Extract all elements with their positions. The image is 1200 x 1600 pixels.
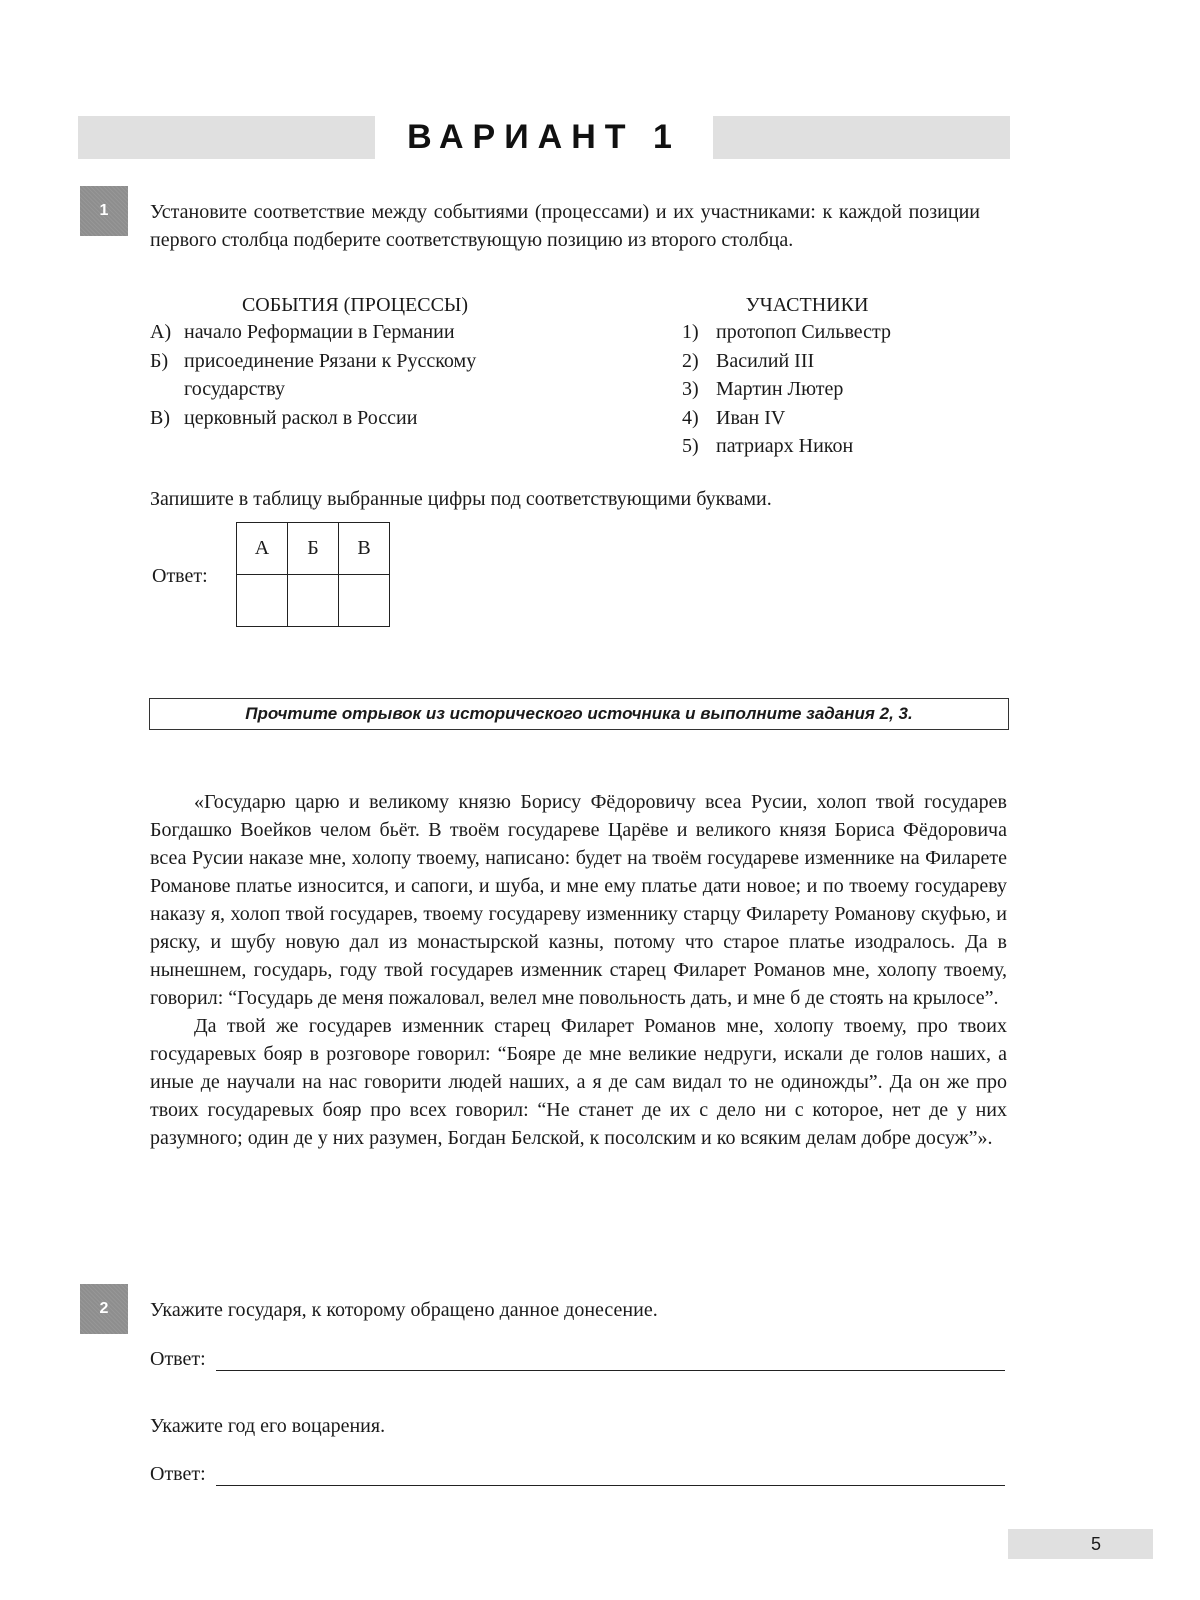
source-notice: Прочтите отрывок из исторического источн… — [149, 698, 1009, 730]
event-item: В)церковный раскол в России — [150, 404, 570, 433]
answer-label: Ответ: — [150, 1348, 206, 1371]
answer-input-1[interactable] — [216, 1348, 1005, 1371]
table-instruction: Запишите в таблицу выбранные цифры под с… — [150, 485, 772, 513]
answer-table-header: В — [339, 523, 390, 575]
page-number: 5 — [1008, 1529, 1153, 1559]
participants-column: УЧАСТНИКИ 1)протопоп Сильвестр 2)Василий… — [682, 294, 982, 461]
event-item: Б)присоединение Рязани к Русскому госуда… — [150, 347, 570, 404]
passage-paragraph: «Государю царю и великому князю Борису Ф… — [150, 788, 1007, 1012]
participant-item: 3)Мартин Лютер — [682, 375, 982, 404]
answer-cell-a[interactable] — [237, 575, 288, 627]
events-column: СОБЫТИЯ (ПРОЦЕССЫ) А)начало Реформации в… — [150, 294, 570, 432]
answer-label: Ответ: — [152, 562, 208, 590]
answer-label: Ответ: — [150, 1463, 206, 1486]
answer-field-1: Ответ: — [150, 1348, 1005, 1371]
participant-item: 2)Василий III — [682, 347, 982, 376]
answer-table: А Б В — [236, 522, 390, 627]
question-1-prompt: Установите соответствие между событиями … — [150, 198, 980, 254]
answer-cell-b[interactable] — [288, 575, 339, 627]
events-heading: СОБЫТИЯ (ПРОЦЕССЫ) — [150, 294, 560, 317]
question-number-badge: 2 — [80, 1284, 128, 1334]
answer-field-2: Ответ: — [150, 1463, 1005, 1486]
participants-list: 1)протопоп Сильвестр 2)Василий III 3)Мар… — [682, 318, 982, 461]
answer-table-header: Б — [288, 523, 339, 575]
question-2-prompt-2: Укажите год его воцарения. — [150, 1412, 385, 1440]
title-band-left — [78, 116, 375, 159]
participants-heading: УЧАСТНИКИ — [682, 294, 932, 317]
participant-item: 1)протопоп Сильвестр — [682, 318, 982, 347]
question-2-prompt-1: Укажите государя, к которому обращено да… — [150, 1296, 658, 1324]
participant-item: 5)патриарх Никон — [682, 432, 982, 461]
answer-input-2[interactable] — [216, 1463, 1005, 1486]
event-item: А)начало Реформации в Германии — [150, 318, 570, 347]
page-title: ВАРИАНТ 1 — [375, 116, 713, 159]
participant-item: 4)Иван IV — [682, 404, 982, 433]
answer-table-header: А — [237, 523, 288, 575]
passage-paragraph: Да твой же государев изменник старец Фил… — [150, 1012, 1007, 1152]
title-band-right — [713, 116, 1010, 159]
question-number-badge: 1 — [80, 186, 128, 236]
events-list: А)начало Реформации в Германии Б)присоед… — [150, 318, 570, 432]
answer-cell-v[interactable] — [339, 575, 390, 627]
historical-passage: «Государю царю и великому князю Борису Ф… — [150, 788, 1007, 1152]
